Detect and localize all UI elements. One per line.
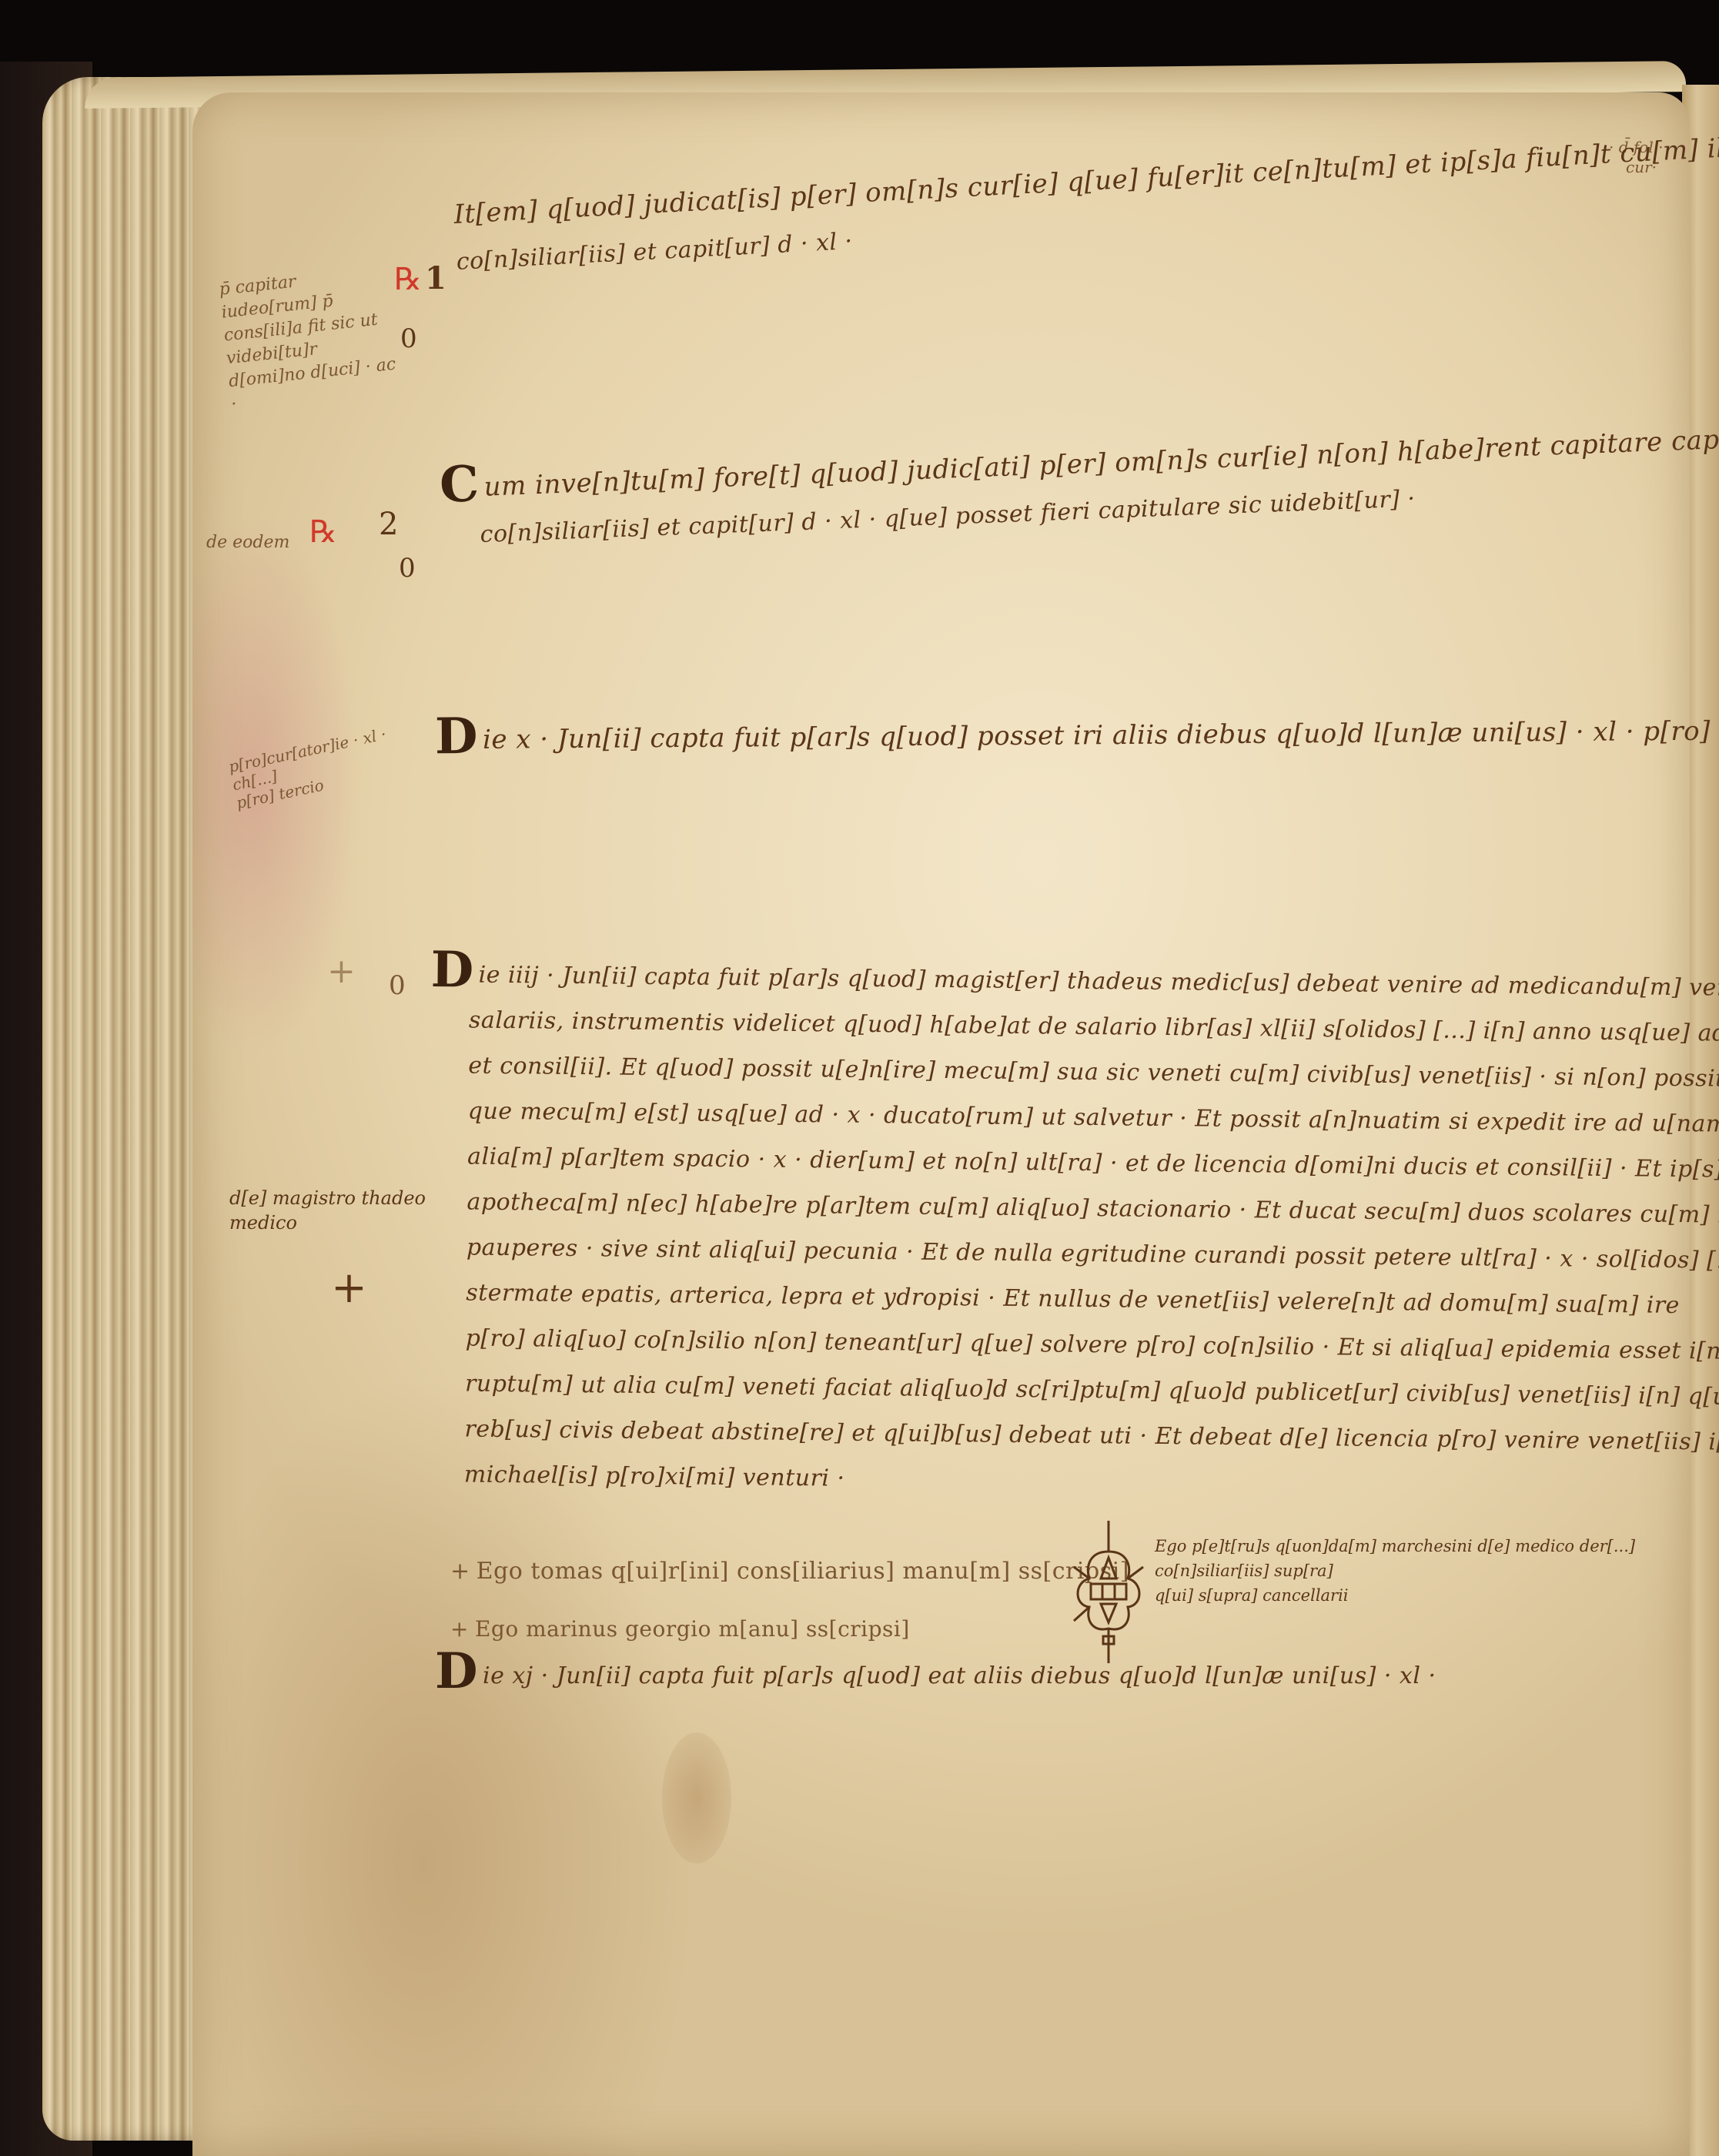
- margin-cross-1: +: [327, 955, 356, 989]
- entry-number-2: 2: [379, 507, 398, 542]
- signature-cross: +: [450, 1558, 470, 1585]
- entry-4: Die iiij · Jun[ii] capta fuit p[ar]s q[u…: [426, 947, 1719, 1515]
- initial-d: D: [430, 941, 474, 999]
- signature-2: +Ego marinus georgio m[anu] ss[cripsi]: [450, 1605, 910, 1653]
- stain-mark: [662, 1732, 731, 1863]
- margin-cross-2: +: [331, 1267, 367, 1310]
- margin-note-entry-1: p̄ capitar iudeo[rum] p̄ cons[ili]a fit …: [218, 261, 401, 417]
- entry-3-line-1: Die x · Jun[ii] capta fuit p[ar]s q[uod]…: [435, 704, 1719, 765]
- entry-number-1: 1: [425, 260, 446, 296]
- margin-note-entry-2: de eodem: [206, 531, 289, 554]
- margin-note-thadeo: d[e] magistro thadeo medico: [229, 1186, 426, 1235]
- rubric-mark-1: ℞: [394, 262, 422, 297]
- sub-mark-1: 0: [400, 323, 417, 354]
- initial-d: D: [435, 708, 479, 765]
- signature-cross: +: [450, 1616, 469, 1642]
- notary-note: Ego p[e]t[ru]s q[uon]da[m] marchesini d[…: [1155, 1534, 1719, 1608]
- sub-mark-4: 0: [389, 970, 406, 1001]
- sub-mark-2: 0: [399, 553, 416, 584]
- entry-final: Die xj · Jun[ii] capta fuit p[ar]s q[uod…: [435, 1648, 1436, 1700]
- entry-3: Die x · Jun[ii] capta fuit p[ar]s q[uod]…: [435, 704, 1719, 765]
- initial-d: D: [435, 1642, 478, 1700]
- rubric-mark-2: ℞: [309, 514, 337, 550]
- initial-c: C: [439, 455, 480, 514]
- signature-1: +Ego tomas q[ui]r[ini] cons[iliarius] ma…: [450, 1548, 1129, 1595]
